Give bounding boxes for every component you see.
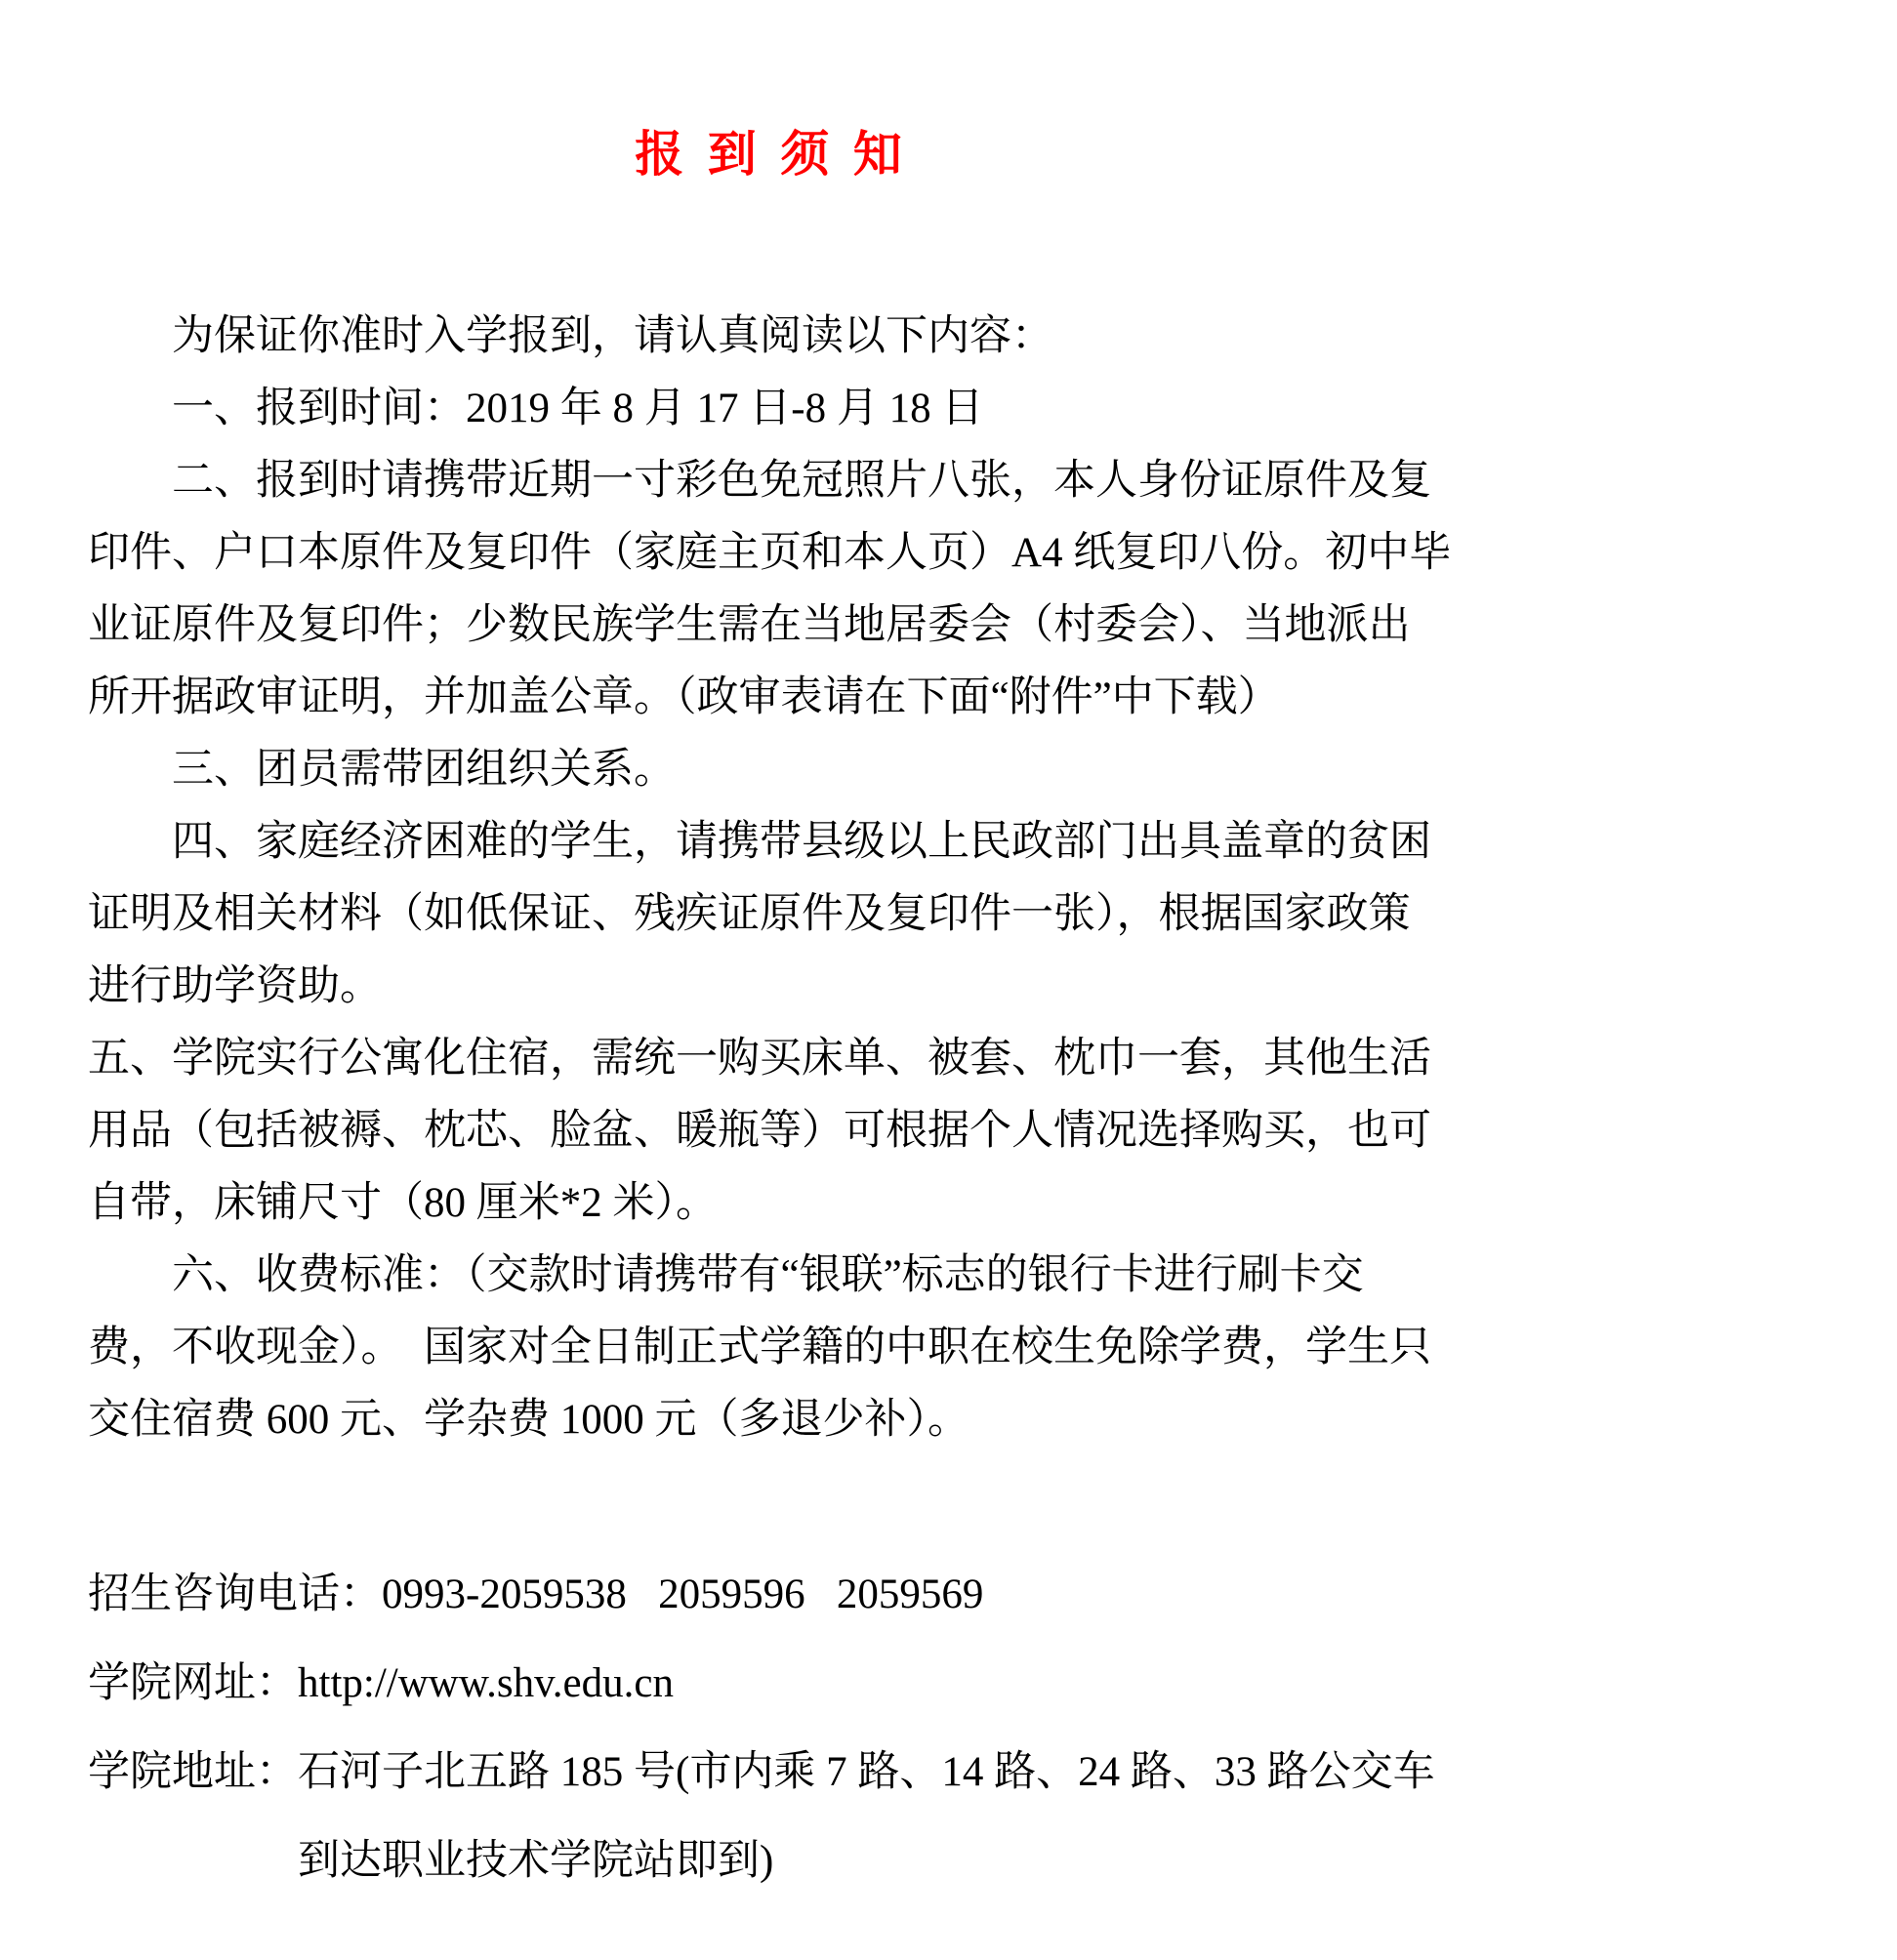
contact-section: 招生咨询电话：0993-2059538 2059596 2059569学院网址：…: [88, 1550, 1582, 1905]
body-line: 自带，床铺尺寸（80 厘米*2 米）。: [88, 1167, 1582, 1240]
registration-notice-document: 报 到 须 知 为保证你准时入学报到，请认真阅读以下内容：一、报到时间：2019…: [0, 0, 1582, 1905]
body-line: 二、报到时请携带近期一寸彩色免冠照片八张，本人身份证原件及复: [88, 445, 1582, 517]
body-line: 所开据政审证明，并加盖公章。（政审表请在下面“附件”中下载）: [88, 662, 1582, 734]
body-line: 三、团员需带团组织关系。: [88, 734, 1582, 806]
body-line: 四、家庭经济困难的学生，请携带县级以上民政部门出具盖章的贫困: [88, 806, 1582, 878]
notice-body: 为保证你准时入学报到，请认真阅读以下内容：一、报到时间：2019 年 8 月 1…: [88, 301, 1582, 1456]
body-line: 用品（包括被褥、枕芯、脸盆、暖瓶等）可根据个人情况选择购买，也可: [88, 1095, 1582, 1167]
contact-website-line: 学院网址：http://www.shv.edu.cn: [88, 1639, 1582, 1728]
contact-phone-line: 招生咨询电话：0993-2059538 2059596 2059569: [88, 1550, 1582, 1639]
body-line: 证明及相关材料（如低保证、残疾证原件及复印件一张），根据国家政策: [88, 878, 1582, 951]
body-line: 印件、户口本原件及复印件（家庭主页和本人页）A4 纸复印八份。初中毕: [88, 517, 1582, 590]
body-line: 五、学院实行公寓化住宿，需统一购买床单、被套、枕巾一套，其他生活: [88, 1023, 1582, 1095]
body-line: 六、收费标准：（交款时请携带有“银联”标志的银行卡进行刷卡交: [88, 1240, 1582, 1312]
page-title: 报 到 须 知: [88, 115, 1455, 185]
body-line: 业证原件及复印件；少数民族学生需在当地居委会（村委会）、当地派出: [88, 590, 1582, 662]
contact-address-line-2: 到达职业技术学院站即到): [88, 1817, 1582, 1905]
body-line: 交住宿费 600 元、学杂费 1000 元（多退少补）。: [88, 1384, 1582, 1456]
contact-address-line-1: 学院地址：石河子北五路 185 号(市内乘 7 路、14 路、24 路、33 路…: [88, 1728, 1582, 1817]
body-line: 费，不收现金）。 国家对全日制正式学籍的中职在校生免除学费，学生只: [88, 1312, 1582, 1384]
body-line: 进行助学资助。: [88, 951, 1582, 1023]
body-line: 一、报到时间：2019 年 8 月 17 日-8 月 18 日: [88, 373, 1582, 445]
body-line: 为保证你准时入学报到，请认真阅读以下内容：: [88, 301, 1582, 373]
